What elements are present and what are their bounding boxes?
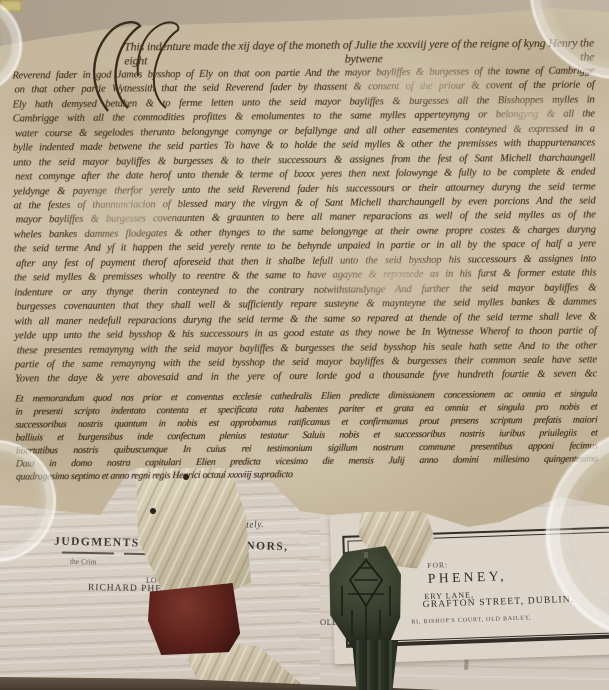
tag-hole xyxy=(150,508,156,514)
photographed-desk-scene: immediately. JUDGMENTS IN FEL DEMEANORS,… xyxy=(0,0,609,690)
latin-confirmation-block: Et memorandum quod nos prior et conventu… xyxy=(15,387,598,484)
red-wax-seal xyxy=(148,583,242,655)
manuscript-text: This indenture made the xij daye of the … xyxy=(12,35,598,484)
title-page-for-fragment: FOR: xyxy=(427,560,448,570)
title-page-publisher-name: PHENEY, xyxy=(428,568,508,587)
english-text-block: This indenture made the xij daye of the … xyxy=(12,35,597,387)
green-seal-tail xyxy=(352,640,398,690)
pamphlet-subline-crim: the Crim xyxy=(70,557,97,566)
